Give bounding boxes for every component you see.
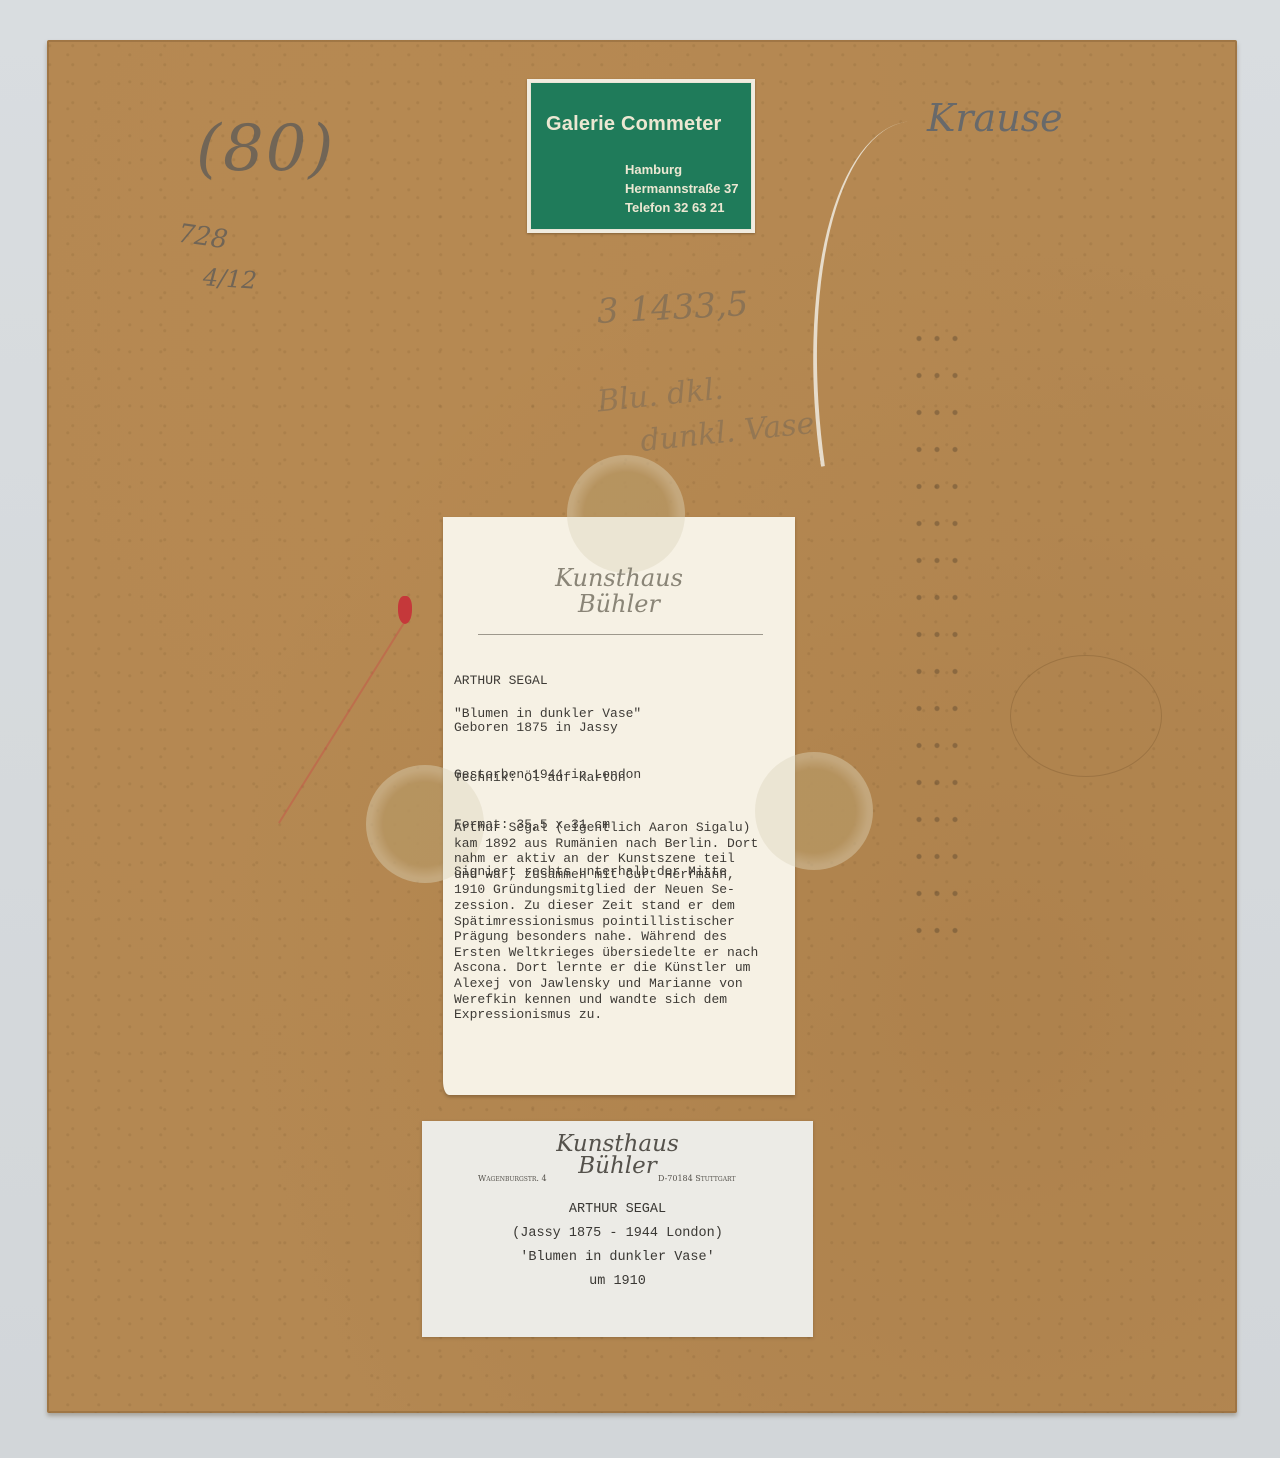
small-title: 'Blumen in dunkler Vase' xyxy=(422,1246,813,1270)
kunsthaus-buehler-small-label: Kunsthaus Bühler Wagenburgstr. 4 D-70184… xyxy=(422,1121,813,1337)
bio-line: kam 1892 aus Rumänien nach Berlin. Dort xyxy=(454,836,758,852)
bio-line: Werefkin kennen und wandte sich dem xyxy=(454,992,758,1008)
artist-biography: Arthur Segal (eigentlich Aaron Sigalu)ka… xyxy=(454,820,758,1023)
pencil-name-krause: Krause xyxy=(927,96,1063,140)
red-paint-mark xyxy=(398,596,412,624)
bio-line: Expressionismus zu. xyxy=(454,1007,758,1023)
galerie-commeter-label: Galerie Commeter Hamburg Hermannstraße 3… xyxy=(527,79,755,233)
bio-line: Ascona. Dort lernte er die Künstler um xyxy=(454,960,758,976)
bio-line: Spätimressionismus pointillistischer xyxy=(454,914,758,930)
kunsthaus-buehler-info-card: Kunsthaus Bühler ARTHUR SEGAL Geboren 18… xyxy=(443,517,795,1095)
bio-line: 1910 Gründungsmitglied der Neuen Se- xyxy=(454,882,758,898)
address-street: Wagenburgstr. 4 xyxy=(478,1174,547,1183)
bio-line: Prägung besonders nahe. Während des xyxy=(454,929,758,945)
bio-line: zession. Zu dieser Zeit stand er dem xyxy=(454,898,758,914)
tape-ghost-top xyxy=(567,455,685,573)
artist-born: Geboren 1875 in Jassy xyxy=(454,720,641,736)
small-card-text: ARTHUR SEGAL (Jassy 1875 - 1944 London) … xyxy=(422,1198,813,1294)
gallery-address: Hamburg Hermannstraße 37 Telefon 32 63 2… xyxy=(625,160,738,217)
small-card-logo: Kunsthaus Bühler xyxy=(422,1133,813,1177)
gallery-name: Galerie Commeter xyxy=(546,113,722,136)
tape-stain-outline xyxy=(1010,655,1162,777)
logo-line-2: Bühler xyxy=(443,591,795,617)
divider-rule xyxy=(478,634,763,635)
galerie-commeter-label-inner: Galerie Commeter Hamburg Hermannstraße 3… xyxy=(530,82,752,230)
gallery-city: Hamburg xyxy=(625,160,738,179)
gallery-phone: Telefon 32 63 21 xyxy=(625,198,738,217)
artist-name: ARTHUR SEGAL xyxy=(454,673,641,689)
logo-line-1: Kunsthaus xyxy=(443,565,795,591)
bio-line: Arthur Segal (eigentlich Aaron Sigalu) xyxy=(454,820,758,836)
pencil-circled-number: (80) xyxy=(196,112,335,186)
bio-line: nahm er aktiv an der Kunstszene teil xyxy=(454,851,758,867)
gallery-street: Hermannstraße 37 xyxy=(625,179,738,198)
bio-line: Alexej von Jawlensky und Marianne von xyxy=(454,976,758,992)
tape-ghost-right xyxy=(755,752,873,870)
small-artist: ARTHUR SEGAL xyxy=(422,1198,813,1222)
bio-line: Ersten Weltkrieges übersiedelte er nach xyxy=(454,945,758,961)
technique: Technik: Öl auf Karton xyxy=(454,770,727,786)
bio-line: und war, zusammen mit Curt Herrmann, xyxy=(454,867,758,883)
small-date: um 1910 xyxy=(422,1270,813,1294)
kunsthaus-buehler-logo: Kunsthaus Bühler xyxy=(443,565,795,617)
small-logo-line-1: Kunsthaus xyxy=(422,1133,813,1155)
pencil-faint-number: 3 1433,5 xyxy=(596,284,749,332)
address-city: D-70184 Stuttgart xyxy=(658,1174,735,1183)
pencil-number-412: 4/12 xyxy=(202,263,258,295)
dark-specks xyxy=(910,320,970,940)
small-life: (Jassy 1875 - 1944 London) xyxy=(422,1222,813,1246)
artwork-title: "Blumen in dunkler Vase" xyxy=(454,706,641,722)
